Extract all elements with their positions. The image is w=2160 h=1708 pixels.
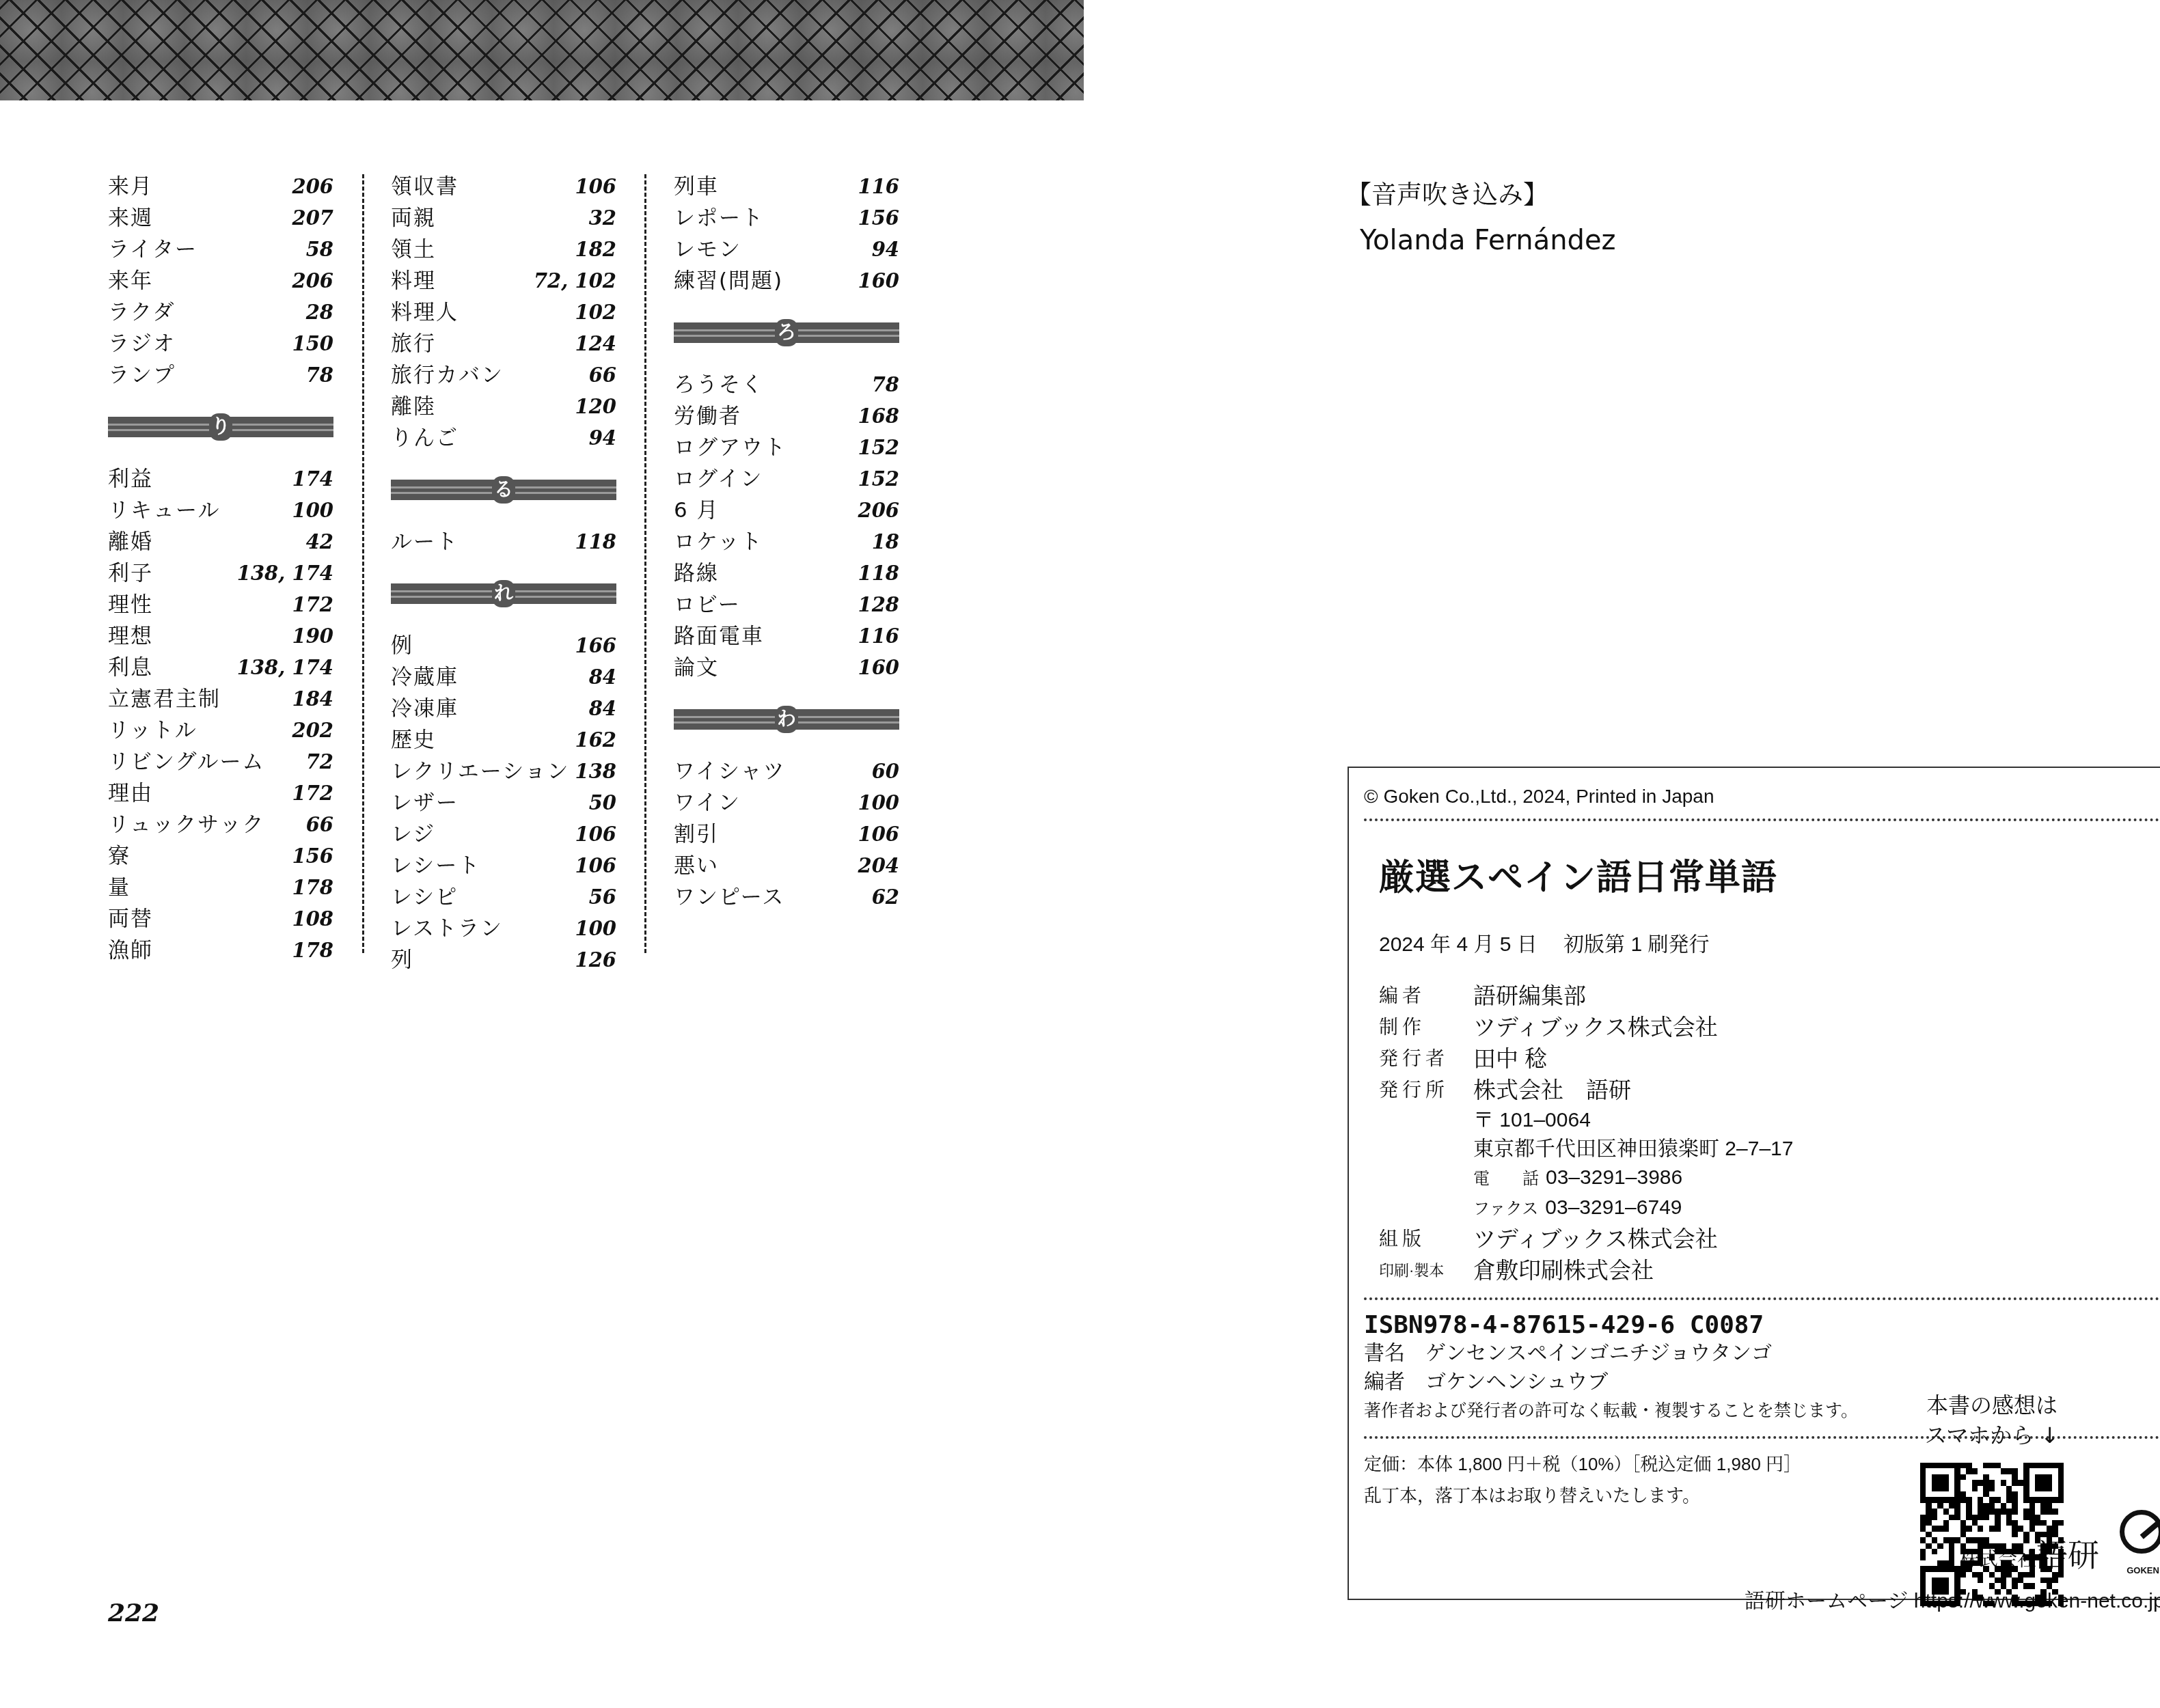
feedback-caption-1: 本書の感想は bbox=[1920, 1390, 2064, 1420]
index-entry: 割引106 bbox=[674, 818, 899, 850]
index-entry: リットル202 bbox=[108, 715, 333, 746]
index-entry: レポート156 bbox=[674, 202, 899, 234]
column-divider bbox=[644, 174, 646, 953]
credits-list: 編者語研編集部 制作ツディブックス株式会社 発行者田中 稔 発行所株式会社 語研… bbox=[1379, 980, 2160, 1286]
index-entry: レモン94 bbox=[674, 234, 899, 265]
index-entry: 旅行124 bbox=[391, 328, 616, 359]
feedback-qr-block: 本書の感想は スマホから ↓ bbox=[1920, 1390, 2064, 1606]
credit-row: 発行者田中 稔 bbox=[1379, 1043, 2160, 1075]
qr-code-icon[interactable] bbox=[1920, 1463, 2064, 1606]
index-entry: 労働者168 bbox=[674, 400, 899, 432]
index-entry: ログアウト152 bbox=[674, 432, 899, 463]
credit-row: 発行所株式会社 語研 bbox=[1379, 1075, 2160, 1106]
index-entry: 論文160 bbox=[674, 652, 899, 683]
dotted-divider bbox=[1364, 818, 2160, 821]
section-header-ru: る bbox=[391, 480, 616, 500]
index-entry: 6 月206 bbox=[674, 495, 899, 526]
index-entry: リビングルーム72 bbox=[108, 746, 333, 777]
index-entry: レジ106 bbox=[391, 818, 616, 850]
index-entry: 離婚42 bbox=[108, 526, 333, 557]
index-entry: ライター58 bbox=[108, 234, 333, 265]
index-entry: ワイシャツ60 bbox=[674, 756, 899, 787]
index-entry: ログイン152 bbox=[674, 463, 899, 495]
index-entry: 領土182 bbox=[391, 234, 616, 265]
dotted-divider bbox=[1364, 1297, 2160, 1300]
street-address: 東京都千代田区神田猿楽町 2–7–17 bbox=[1473, 1135, 2160, 1163]
credit-row: 制作ツディブックス株式会社 bbox=[1379, 1012, 2160, 1043]
voice-narrator: Yolanda Fernández bbox=[1346, 225, 1616, 256]
isbn: ISBN978-4-87615-429-6 C0087 bbox=[1364, 1311, 2160, 1339]
index-entry: 理想190 bbox=[108, 620, 333, 652]
index-entry: 来年206 bbox=[108, 265, 333, 297]
index-entry: 旅行カバン66 bbox=[391, 359, 616, 391]
voice-credit: 【音声吹き込み】 Yolanda Fernández bbox=[1346, 174, 1616, 256]
index-group: 来月206 来週207 ライター58 来年206 ラクダ28 ラジオ150 ラン… bbox=[108, 171, 333, 391]
index-entry: 両替108 bbox=[108, 903, 333, 935]
page-number: 222 bbox=[108, 1599, 159, 1627]
index-entry: 理由172 bbox=[108, 777, 333, 809]
credit-row: 編者語研編集部 bbox=[1379, 980, 2160, 1012]
index-entry: ロビー128 bbox=[674, 589, 899, 620]
index-entry: 漁師178 bbox=[108, 935, 333, 966]
index-entry: ルート118 bbox=[391, 526, 616, 557]
feedback-caption-2: スマホから ↓ bbox=[1920, 1420, 2064, 1450]
index-entry: 練習(問題)160 bbox=[674, 265, 899, 297]
index-entry: 利子138, 174 bbox=[108, 557, 333, 589]
index-entry: レザー50 bbox=[391, 787, 616, 818]
index-column-1: 来月206 来週207 ライター58 来年206 ラクダ28 ラジオ150 ラン… bbox=[108, 171, 333, 966]
index-entry: 例166 bbox=[391, 630, 616, 661]
book-title: 厳選スペイン語日常単語 bbox=[1379, 849, 2160, 900]
index-entry: 利息138, 174 bbox=[108, 652, 333, 683]
goken-logo-icon: GOKEN bbox=[2116, 1510, 2160, 1575]
decorative-header-band bbox=[0, 0, 1084, 100]
section-header-re: れ bbox=[391, 583, 616, 604]
index-entry: リキュール100 bbox=[108, 495, 333, 526]
voice-label: 【音声吹き込み】 bbox=[1346, 174, 1616, 211]
index-group: 利益174 リキュール100 離婚42 利子138, 174 理性172 理想1… bbox=[108, 463, 333, 966]
index-entry: 両親32 bbox=[391, 202, 616, 234]
index-entry: 利益174 bbox=[108, 463, 333, 495]
index-entry: 来月206 bbox=[108, 171, 333, 202]
index-entry: 料理人102 bbox=[391, 297, 616, 328]
edition-date: 2024 年 4 月 5 日 初版第 1 刷発行 bbox=[1379, 927, 2160, 957]
index-entry: ラクダ28 bbox=[108, 297, 333, 328]
index-entry: ラジオ150 bbox=[108, 328, 333, 359]
section-header-wa: わ bbox=[674, 709, 899, 730]
index-entry: ろうそく78 bbox=[674, 369, 899, 400]
index-entry: レシート106 bbox=[391, 850, 616, 881]
index-entry: 歴史162 bbox=[391, 724, 616, 756]
index-group: ろうそく78 労働者168 ログアウト152 ログイン152 6 月206 ロケ… bbox=[674, 369, 899, 683]
fax: ファクス03–3291–6749 bbox=[1473, 1194, 2160, 1224]
index-entry: レクリエーション138 bbox=[391, 756, 616, 787]
book-name-kana: 書名 ゲンセンスペインゴニチジョウタンゴ bbox=[1364, 1339, 2160, 1368]
index-entry: 離陸120 bbox=[391, 391, 616, 422]
index-column-2: 領収書106 両親32 領土182 料理72, 102 料理人102 旅行124… bbox=[391, 171, 616, 976]
telephone: 電 話03–3291–3986 bbox=[1473, 1163, 2160, 1194]
index-entry: ワイン100 bbox=[674, 787, 899, 818]
index-group: ルート118 bbox=[391, 526, 616, 557]
index-group: 列車116 レポート156 レモン94 練習(問題)160 bbox=[674, 171, 899, 297]
index-column-3: 列車116 レポート156 レモン94 練習(問題)160 ろ ろうそく78 労… bbox=[674, 171, 899, 913]
copyright-line: © Goken Co.,Ltd., 2024, Printed in Japan bbox=[1364, 786, 2160, 808]
index-entry: 路線118 bbox=[674, 557, 899, 589]
section-header-ro: ろ bbox=[674, 322, 899, 343]
index-entry: 領収書106 bbox=[391, 171, 616, 202]
index-entry: 理性172 bbox=[108, 589, 333, 620]
index-entry: レシピ56 bbox=[391, 881, 616, 913]
index-entry: ワンピース62 bbox=[674, 881, 899, 913]
index-entry: 量178 bbox=[108, 872, 333, 903]
index-group: 例166 冷蔵庫84 冷凍庫84 歴史162 レクリエーション138 レザー50… bbox=[391, 630, 616, 976]
credit-row: 印刷·製本倉敷印刷株式会社 bbox=[1379, 1255, 2160, 1286]
index-group: ワイシャツ60 ワイン100 割引106 悪い204 ワンピース62 bbox=[674, 756, 899, 913]
index-entry: 路面電車116 bbox=[674, 620, 899, 652]
index-entry: 料理72, 102 bbox=[391, 265, 616, 297]
index-entry: 来週207 bbox=[108, 202, 333, 234]
index-entry: 悪い204 bbox=[674, 850, 899, 881]
index-entry: レストラン100 bbox=[391, 913, 616, 944]
index-entry: 立憲君主制184 bbox=[108, 683, 333, 715]
index-entry: 冷蔵庫84 bbox=[391, 661, 616, 693]
index-entry: ロケット18 bbox=[674, 526, 899, 557]
index-group: 領収書106 両親32 領土182 料理72, 102 料理人102 旅行124… bbox=[391, 171, 616, 454]
index-entry: 列車116 bbox=[674, 171, 899, 202]
section-header-ri: り bbox=[108, 417, 333, 437]
index-entry: りんご94 bbox=[391, 422, 616, 454]
index-entry: 列126 bbox=[391, 944, 616, 976]
credit-row: 組版ツディブックス株式会社 bbox=[1379, 1224, 2160, 1255]
index-entry: ランプ78 bbox=[108, 359, 333, 391]
index-entry: リュックサック66 bbox=[108, 809, 333, 840]
column-divider bbox=[362, 174, 364, 953]
publisher-address: 〒 101–0064 東京都千代田区神田猿楽町 2–7–17 電 話03–329… bbox=[1473, 1106, 2160, 1224]
index-entry: 冷凍庫84 bbox=[391, 693, 616, 724]
postal-code: 〒 101–0064 bbox=[1473, 1106, 2160, 1135]
index-entry: 寮156 bbox=[108, 840, 333, 872]
